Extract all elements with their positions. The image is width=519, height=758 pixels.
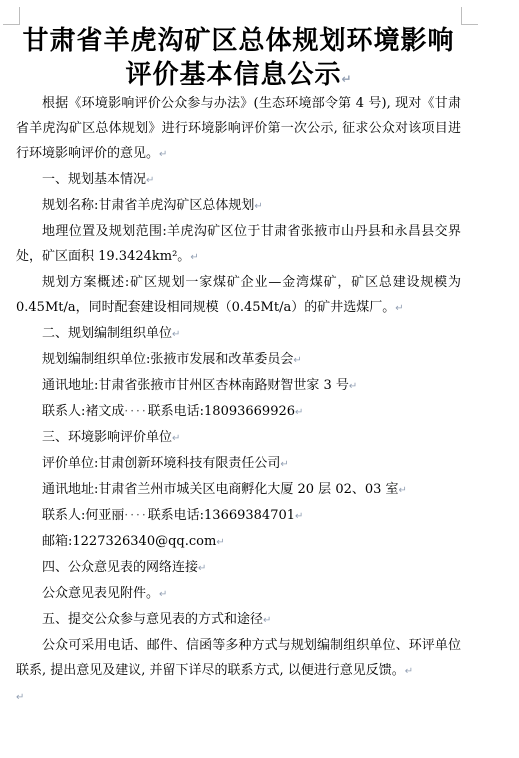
paragraph-text: 联系人:何亚丽 bbox=[42, 508, 124, 523]
org-address: 通讯地址:甘肃省张掖市甘州区杏林南路财智世家 3 号↵ bbox=[16, 373, 461, 399]
paragraph-text: 公众意见表见附件。 bbox=[42, 586, 159, 601]
feedback-form-note: 公众意见表见附件。↵ bbox=[16, 581, 461, 607]
submission-methods: 公众可采用电话、邮件、信函等多种方式与规划编制组织单位、环评单位联系, 提出意见… bbox=[16, 633, 461, 684]
paragraph-mark-icon: ↵ bbox=[405, 666, 413, 677]
space-marks: ···· bbox=[124, 404, 147, 418]
paragraph-text: 四、公众意见表的网络连接 bbox=[42, 560, 198, 575]
paragraph-text: 五、提交公众参与意见表的方式和途径 bbox=[42, 612, 263, 627]
empty-paragraph: ↵ bbox=[16, 684, 461, 710]
eia-address: 通讯地址:甘肃省兰州市城关区电商孵化大厦 20 层 02、03 室↵ bbox=[16, 477, 461, 503]
paragraph-text: 邮箱:1227326340@qq.com bbox=[42, 534, 216, 549]
document-title: 甘肃省羊虎沟矿区总体规划环境影响 评价基本信息公示↵ bbox=[16, 24, 461, 96]
paragraph-text: 通讯地址:甘肃省张掖市甘州区杏林南路财智世家 3 号 bbox=[42, 378, 349, 393]
paragraph-mark-icon: ↵ bbox=[341, 72, 351, 86]
paragraph-mark-icon: ↵ bbox=[198, 563, 206, 574]
paragraph-mark-icon: ↵ bbox=[254, 201, 262, 212]
paragraph-mark-icon: ↵ bbox=[349, 381, 357, 392]
title-line-1: 甘肃省羊虎沟矿区总体规划环境影响 bbox=[16, 24, 461, 58]
paragraph-mark-icon: ↵ bbox=[295, 511, 303, 522]
plan-name: 规划名称:甘肃省羊虎沟矿区总体规划↵ bbox=[16, 193, 461, 219]
section-1-heading: 一、规划基本情况↵ bbox=[16, 167, 461, 193]
paragraph-text: 评价单位:甘肃创新环境科技有限责任公司 bbox=[42, 456, 280, 471]
paragraph-mark-icon: ↵ bbox=[146, 175, 154, 186]
text-boundary-mark-top-left bbox=[3, 7, 20, 25]
paragraph-mark-icon: ↵ bbox=[280, 459, 288, 470]
paragraph-text: 根据《环境影响评价公众参与办法》(生态环境部令第 4 号), 现对《甘肃省羊虎沟… bbox=[16, 96, 461, 161]
paragraph-text: 联系电话:13669384701 bbox=[148, 508, 295, 523]
section-2-heading: 二、规划编制组织单位↵ bbox=[16, 321, 461, 347]
document-page: 甘肃省羊虎沟矿区总体规划环境影响 评价基本信息公示↵ 根据《环境影响评价公众参与… bbox=[0, 0, 519, 758]
paragraph-mark-icon: ↵ bbox=[216, 537, 224, 548]
paragraph-mark-icon: ↵ bbox=[172, 433, 180, 444]
paragraph-mark-icon: ↵ bbox=[399, 485, 407, 496]
paragraph-mark-icon: ↵ bbox=[190, 252, 198, 263]
paragraph-mark-icon: ↵ bbox=[295, 407, 303, 418]
paragraph-mark-icon: ↵ bbox=[172, 329, 180, 340]
eia-unit: 评价单位:甘肃创新环境科技有限责任公司↵ bbox=[16, 451, 461, 477]
paragraph-mark-icon: ↵ bbox=[395, 303, 403, 314]
title-line-2-text: 评价基本信息公示 bbox=[125, 60, 341, 90]
document-body[interactable]: 根据《环境影响评价公众参与办法》(生态环境部令第 4 号), 现对《甘肃省羊虎沟… bbox=[16, 91, 461, 710]
paragraph-text: 三、环境影响评价单位 bbox=[42, 430, 172, 445]
paragraph-mark-icon: ↵ bbox=[159, 589, 167, 600]
paragraph-text: 联系电话:18093669926 bbox=[148, 404, 295, 419]
eia-contact: 联系人:何亚丽····联系电话:13669384701↵ bbox=[16, 503, 461, 529]
plan-overview: 规划方案概述:矿区规划一家煤矿企业—金湾煤矿，矿区总建设规模为 0.45Mt/a… bbox=[16, 270, 461, 321]
org-contact: 联系人:褚文成····联系电话:18093669926↵ bbox=[16, 399, 461, 425]
paragraph-text: 公众可采用电话、邮件、信函等多种方式与规划编制组织单位、环评单位联系, 提出意见… bbox=[16, 638, 461, 678]
paragraph-text: 地理位置及规划范围:羊虎沟矿区位于甘肃省张掖市山丹县和永昌县交界处，矿区面积 1… bbox=[16, 224, 461, 264]
paragraph-text: 联系人:褚文成 bbox=[42, 404, 124, 419]
text-boundary-mark-top-right bbox=[461, 7, 478, 25]
space-marks: ···· bbox=[124, 508, 147, 522]
paragraph-text: 规划编制组织单位:张掖市发展和改革委员会 bbox=[42, 352, 293, 367]
paragraph-text: 规划名称:甘肃省羊虎沟矿区总体规划 bbox=[42, 198, 254, 213]
section-3-heading: 三、环境影响评价单位↵ bbox=[16, 425, 461, 451]
paragraph-mark-icon: ↵ bbox=[263, 615, 271, 626]
paragraph-mark-icon: ↵ bbox=[293, 355, 301, 366]
location-scope: 地理位置及规划范围:羊虎沟矿区位于甘肃省张掖市山丹县和永昌县交界处，矿区面积 1… bbox=[16, 219, 461, 270]
section-5-heading: 五、提交公众参与意见表的方式和途径↵ bbox=[16, 607, 461, 633]
paragraph-text: 通讯地址:甘肃省兰州市城关区电商孵化大厦 20 层 02、03 室 bbox=[42, 482, 399, 497]
org-unit: 规划编制组织单位:张掖市发展和改革委员会↵ bbox=[16, 347, 461, 373]
paragraph-mark-icon: ↵ bbox=[159, 149, 167, 160]
paragraph-mark-icon: ↵ bbox=[16, 692, 24, 703]
section-4-heading: 四、公众意见表的网络连接↵ bbox=[16, 555, 461, 581]
paragraph-text: 二、规划编制组织单位 bbox=[42, 326, 172, 341]
intro: 根据《环境影响评价公众参与办法》(生态环境部令第 4 号), 现对《甘肃省羊虎沟… bbox=[16, 91, 461, 167]
paragraph-text: 一、规划基本情况 bbox=[42, 172, 146, 187]
email: 邮箱:1227326340@qq.com↵ bbox=[16, 529, 461, 555]
